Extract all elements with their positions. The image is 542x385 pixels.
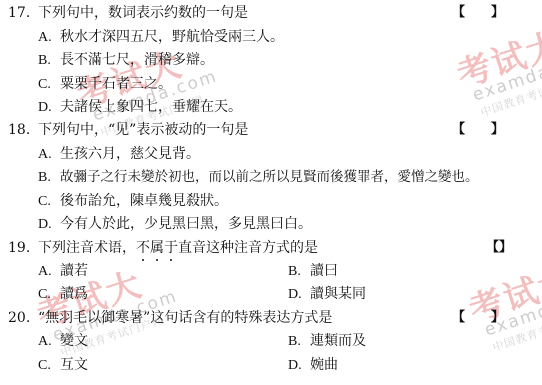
question-number: 18. — [8, 121, 30, 139]
option-text: 夫諸侯上象四七，垂耀在天。 — [60, 99, 242, 115]
answer-bracket[interactable]: 【 】 — [452, 309, 504, 327]
option-text: 讀與某同 — [310, 286, 366, 302]
option-letter: A. — [38, 146, 60, 164]
option-b: B.連類而及 — [288, 332, 366, 350]
option-letter: B. — [38, 169, 60, 187]
option-text: 變文 — [60, 333, 88, 349]
answer-bracket[interactable]: 【】 — [486, 239, 512, 257]
question-number: 20. — [8, 309, 30, 327]
option-letter: C. — [38, 76, 60, 94]
option-letter: D. — [288, 286, 310, 304]
option-c: C.後布詒允，陳卓幾見殺狀。 — [38, 192, 228, 210]
option-letter: B. — [288, 263, 310, 281]
option-d: D.今有人於此，少見黑曰黑，多見黑曰白。 — [38, 215, 312, 233]
option-text: 今有人於此，少見黑曰黑，多見黑曰白。 — [60, 216, 312, 232]
option-d: D.婉曲 — [288, 356, 338, 374]
answer-bracket[interactable]: 【 】 — [452, 121, 504, 139]
emphasized-char: 于 — [164, 240, 178, 256]
option-letter: B. — [38, 52, 60, 70]
option-c: C.讀爲 — [38, 285, 88, 303]
option-letter: D. — [38, 99, 60, 117]
option-text: 秋水才深四五尺，野航恰受兩三人。 — [60, 29, 284, 45]
option-letter: A. — [38, 263, 60, 281]
emphasized-char: 属 — [150, 240, 164, 256]
option-text: 生孩六月，慈父見背。 — [60, 146, 200, 162]
question-stem: 下列注音术语，不属于直音这种注音方式的是 — [38, 239, 318, 257]
watermark-subtitle: 中国教育考试门户网 — [478, 65, 542, 120]
option-letter: A. — [38, 333, 60, 351]
option-text: 後布詒允，陳卓幾見殺狀。 — [60, 193, 228, 209]
option-letter: D. — [288, 357, 310, 375]
option-text: 婉曲 — [310, 357, 338, 373]
option-d: D.讀與某同 — [288, 285, 366, 303]
option-a: A.秋水才深四五尺，野航恰受兩三人。 — [38, 28, 284, 46]
option-text: 故彌子之行未變於初也，而以前之所以見賢而後獲罪者，愛憎之變也。 — [60, 169, 479, 185]
watermark-top-right: 考试大 examda.com 中国教育考试门户网 — [450, 7, 542, 123]
answer-bracket[interactable]: 【 】 — [452, 4, 504, 22]
option-a: A.變文 — [38, 332, 88, 350]
option-text: 粟栗千石者三之。 — [60, 76, 172, 92]
option-a: A.讀若 — [38, 262, 88, 280]
option-d: D.夫諸侯上象四七，垂耀在天。 — [38, 98, 242, 116]
option-text: 長不滿七尺，滑稽多辯。 — [60, 52, 214, 68]
option-letter: C. — [38, 193, 60, 211]
stem-part: 下列注音术语， — [38, 240, 136, 256]
question-stem: 下列句中，数词表示约数的一句是 — [38, 4, 248, 22]
option-c: C.互文 — [38, 356, 88, 374]
option-letter: C. — [38, 357, 60, 375]
option-text: 讀爲 — [60, 286, 88, 302]
question-number: 17. — [8, 4, 30, 22]
option-b: B.長不滿七尺，滑稽多辯。 — [38, 51, 214, 69]
option-text: 互文 — [60, 357, 88, 373]
question-number: 19. — [8, 239, 30, 257]
watermark-url: examda.com — [470, 46, 542, 105]
option-letter: A. — [38, 29, 60, 47]
watermark-bottom-right: 考试大 examda.com 中国教育考试门户网 — [462, 242, 542, 358]
option-c: C.粟栗千石者三之。 — [38, 75, 172, 93]
option-letter: D. — [38, 216, 60, 234]
option-letter: C. — [38, 286, 60, 304]
option-letter: B. — [288, 333, 310, 351]
stem-part: 直音这种注音方式的是 — [178, 240, 318, 256]
option-text: 連類而及 — [310, 333, 366, 349]
question-stem: 下列句中，“见”表示被动的一句是 — [38, 121, 248, 139]
question-stem: “無羽毛以御寒暑”这句话含有的特殊表达方式是 — [38, 309, 332, 327]
option-text: 讀若 — [60, 263, 88, 279]
option-b: B.故彌子之行未變於初也，而以前之所以見賢而後獲罪者，愛憎之變也。 — [38, 168, 479, 186]
emphasized-char: 不 — [136, 240, 150, 256]
option-a: A.生孩六月，慈父見背。 — [38, 145, 200, 163]
option-b: B.讀曰 — [288, 262, 338, 280]
option-text: 讀曰 — [310, 263, 338, 279]
